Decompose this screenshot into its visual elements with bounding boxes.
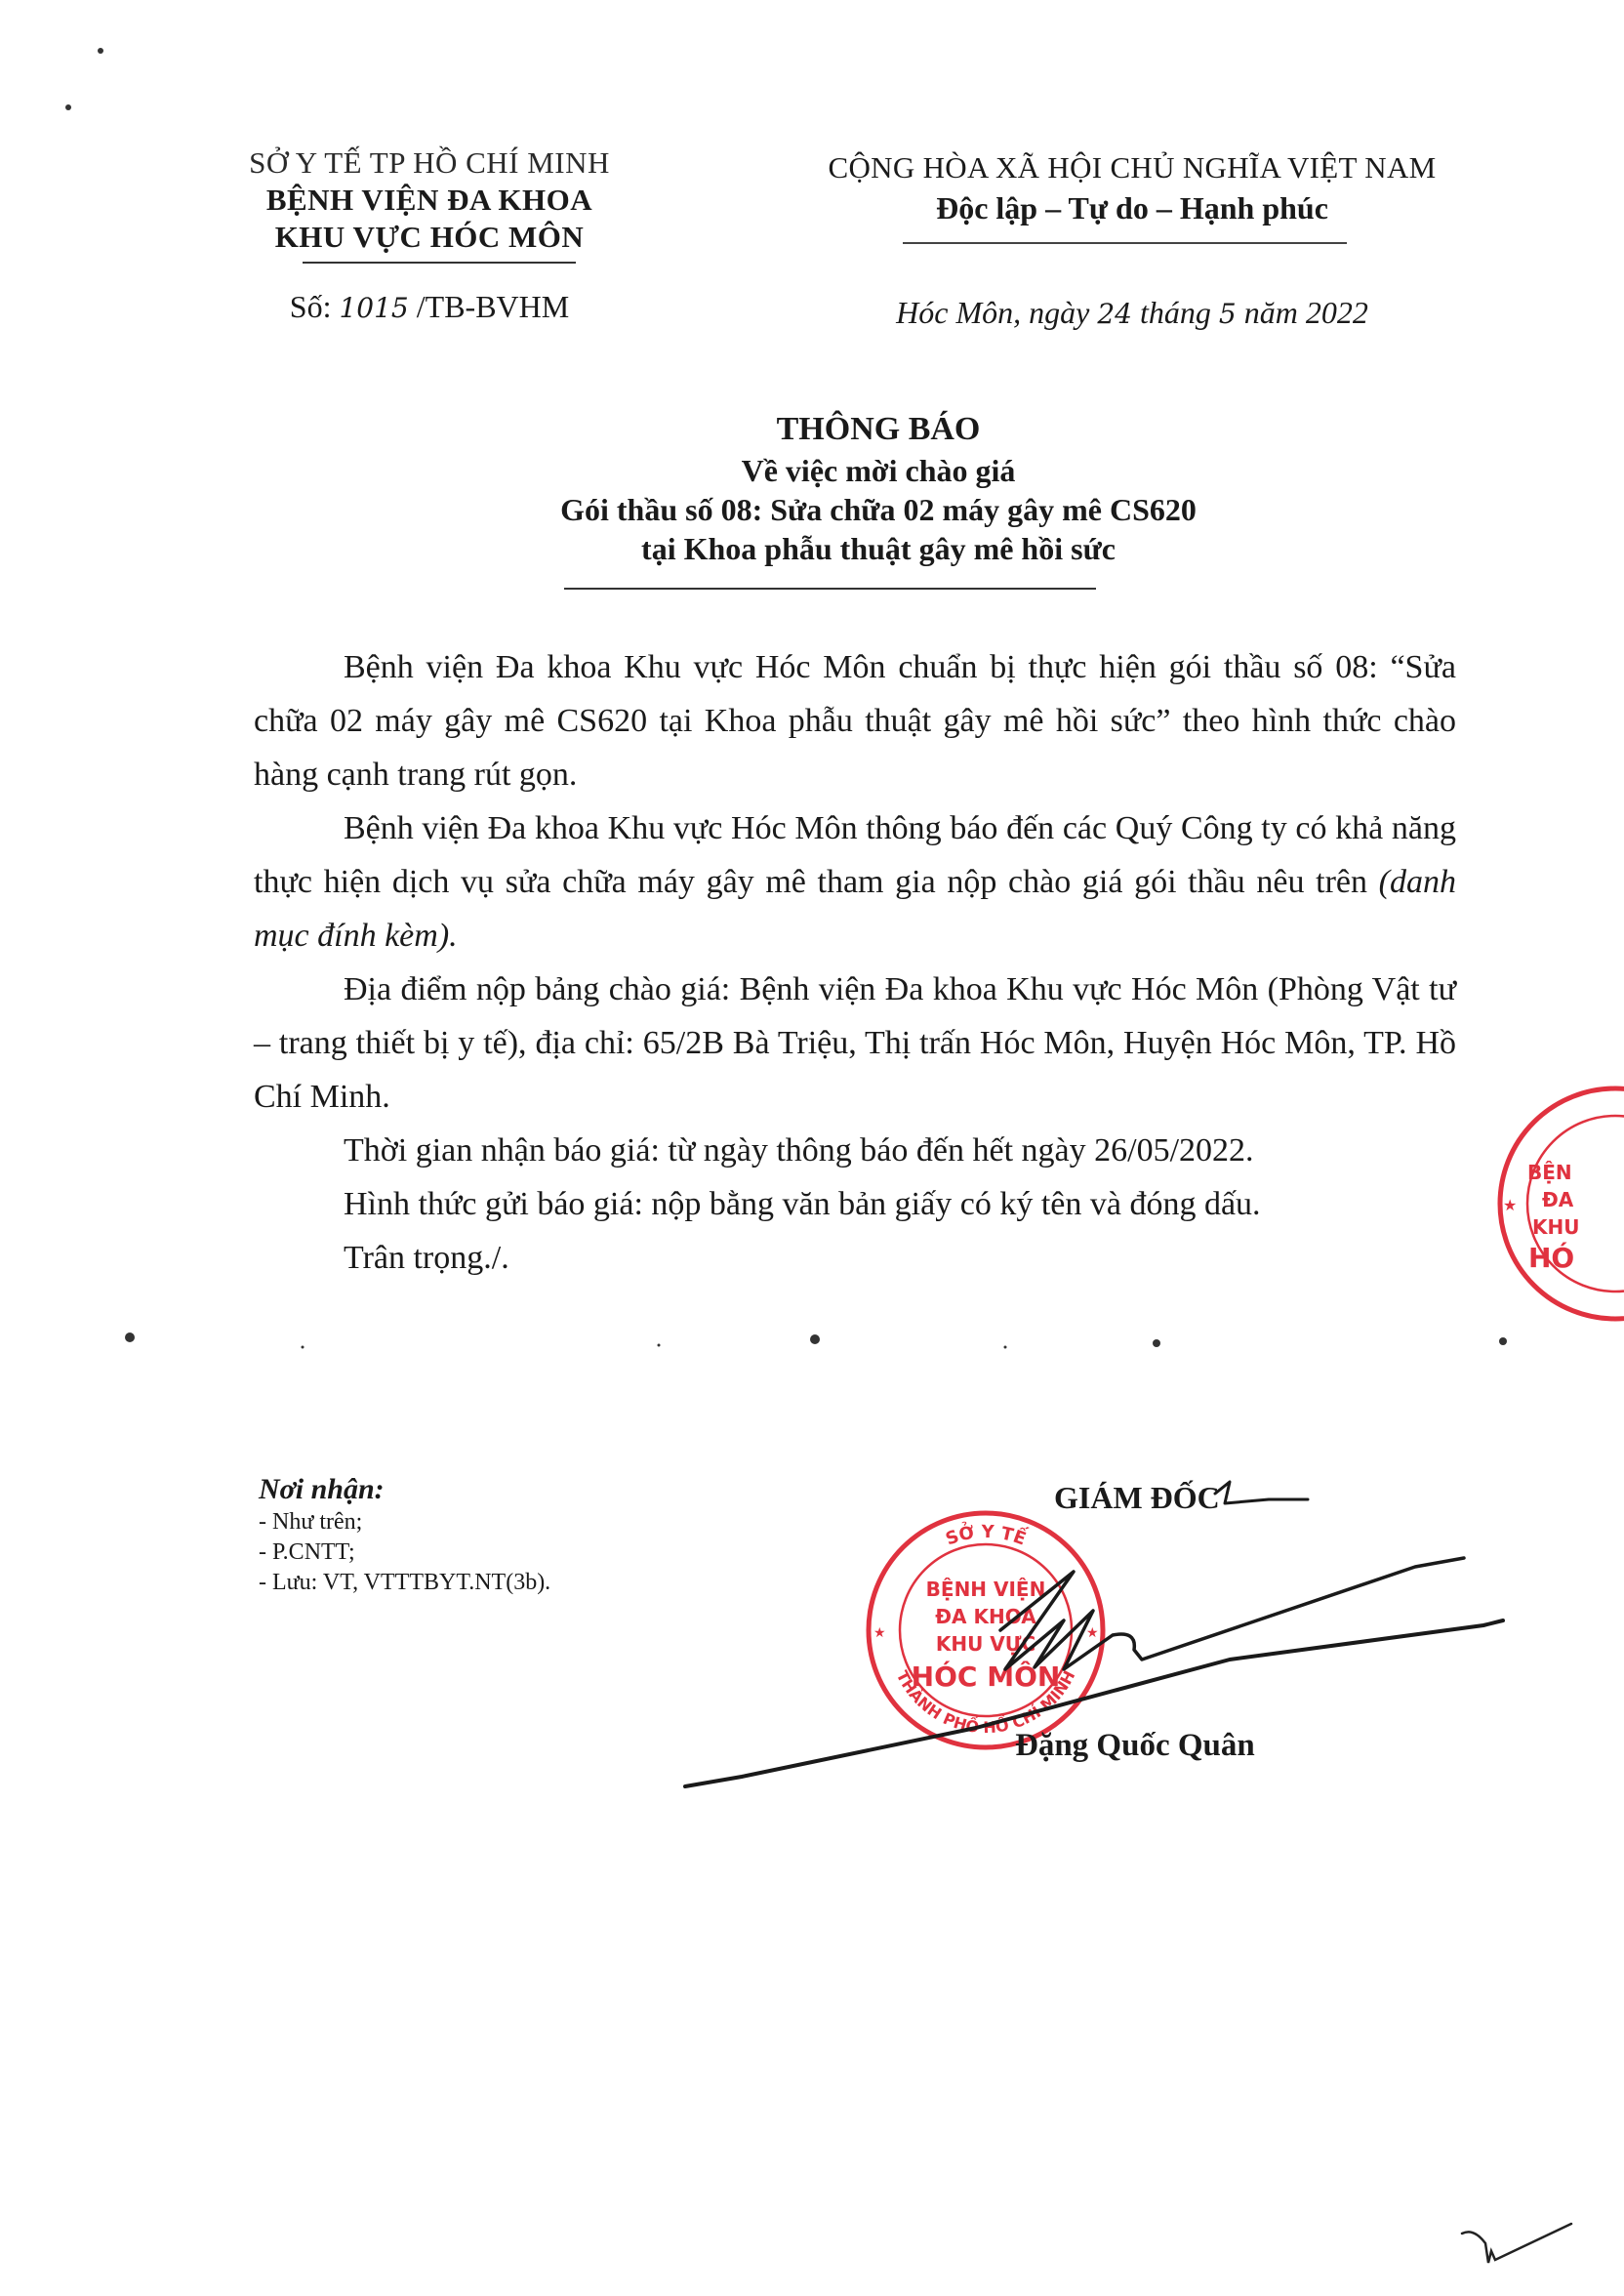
svg-text:KHU: KHU [1532, 1215, 1579, 1239]
svg-text:HÓ: HÓ [1528, 1241, 1574, 1274]
date-year: năm 2022 [1244, 295, 1368, 330]
agency-name: SỞ Y TẾ TP HỒ CHÍ MINH [224, 144, 634, 182]
recipient-item: - P.CNTT; [259, 1537, 708, 1568]
date-place: Hóc Môn, ngày [896, 295, 1089, 330]
partial-seal-stamp: BỆN ĐA KHU HÓ ★ [1493, 1082, 1624, 1326]
organization-name-line2: KHU VỰC HÓC MÔN [224, 219, 634, 256]
recipients-heading: Nơi nhận: [259, 1472, 708, 1507]
paragraph-invitation-text: Bệnh viện Đa khoa Khu vực Hóc Môn thông … [254, 810, 1456, 900]
paragraph-closing: Trân trọng./. [254, 1231, 1456, 1285]
title-rule [564, 588, 1096, 590]
document-title-block: THÔNG BÁO Về việc mời chào giá Gói thầu … [371, 408, 1386, 568]
document-number: Số: 1015 /TB-BVHM [224, 287, 634, 328]
page-initial-mark [1454, 2216, 1591, 2275]
date-day: 24 [1097, 298, 1132, 330]
header-left-rule [303, 262, 576, 264]
document-number-handwritten: 1015 [339, 292, 408, 324]
paragraph-deadline: Thời gian nhận báo giá: từ ngày thông bá… [254, 1124, 1456, 1177]
header-right-rule [903, 242, 1347, 244]
date-month: 5 [1219, 298, 1237, 330]
svg-text:ĐA: ĐA [1542, 1188, 1574, 1211]
paragraph-submission-method: Hình thức gửi báo giá: nộp bằng văn bản … [254, 1177, 1456, 1231]
paragraph-invitation: Bệnh viện Đa khoa Khu vực Hóc Môn thông … [254, 801, 1456, 963]
recipient-item: - Lưu: VT, VTTTBYT.NT(3b). [259, 1568, 708, 1598]
national-heading-block: CỘNG HÒA XÃ HỘI CHỦ NGHĨA VIỆT NAM Độc l… [761, 148, 1503, 228]
date-month-label: tháng [1140, 295, 1211, 330]
document-subject: Về việc mời chào giá [371, 451, 1386, 490]
svg-text:★: ★ [1503, 1196, 1517, 1214]
organization-name-line1: BỆNH VIỆN ĐA KHOA [224, 182, 634, 219]
svg-text:BỆN: BỆN [1527, 1161, 1572, 1184]
document-type: THÔNG BÁO [371, 408, 1386, 451]
place-and-date: Hóc Môn, ngày 24 tháng 5 năm 2022 [761, 293, 1503, 334]
recipient-item: - Như trên; [259, 1507, 708, 1537]
paragraph-location: Địa điểm nộp bảng chào giá: Bệnh viện Đa… [254, 963, 1456, 1124]
package-line-2: tại Khoa phẫu thuật gây mê hồi sức [371, 529, 1386, 568]
national-motto: Độc lập – Tự do – Hạnh phúc [761, 187, 1503, 228]
document-number-suffix: /TB-BVHM [417, 289, 569, 324]
recipients-block: Nơi nhận: - Như trên; - P.CNTT; - Lưu: V… [259, 1472, 708, 1598]
handwritten-signature [683, 1464, 1542, 1835]
document-number-prefix: Số: [290, 289, 332, 324]
document-body: Bệnh viện Đa khoa Khu vực Hóc Môn chuẩn … [254, 640, 1456, 1285]
paragraph-intro: Bệnh viện Đa khoa Khu vực Hóc Môn chuẩn … [254, 640, 1456, 801]
country-name: CỘNG HÒA XÃ HỘI CHỦ NGHĨA VIỆT NAM [761, 148, 1503, 187]
signatory-name: Đặng Quốc Quân [1015, 1728, 1255, 1764]
package-line-1: Gói thầu số 08: Sửa chữa 02 máy gây mê C… [371, 490, 1386, 529]
issuing-authority-block: SỞ Y TẾ TP HỒ CHÍ MINH BỆNH VIỆN ĐA KHOA… [224, 144, 634, 256]
